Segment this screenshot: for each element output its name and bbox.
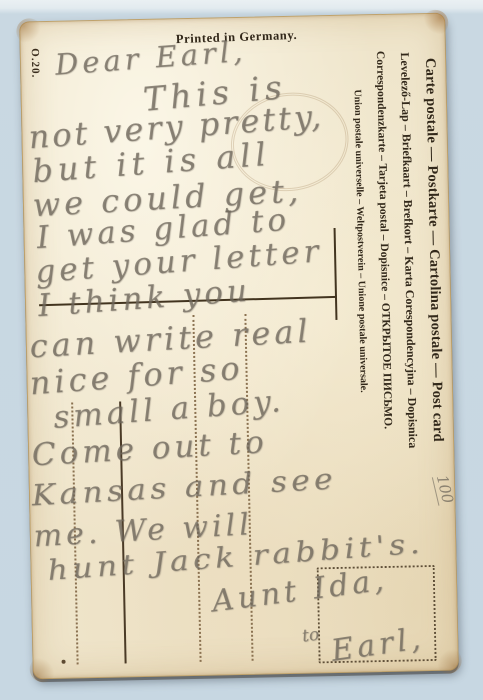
postcard-back: Printed in Germany. O.20. Carte postale … — [19, 13, 459, 680]
worn-corner-bottom-right — [435, 647, 462, 674]
postcard-language-titles: Carte postale — Postkarte — Cartolina po… — [345, 50, 455, 608]
ink-speck — [62, 660, 66, 664]
divider-crossbar — [334, 228, 338, 320]
series-number: O.20. — [29, 48, 42, 78]
worn-corner-top-left — [16, 18, 43, 45]
worn-corner-top-right — [422, 10, 449, 37]
photo-background: Printed in Germany. O.20. Carte postale … — [0, 0, 483, 700]
signature-to: to — [301, 625, 320, 647]
worn-corner-bottom-left — [29, 656, 56, 683]
